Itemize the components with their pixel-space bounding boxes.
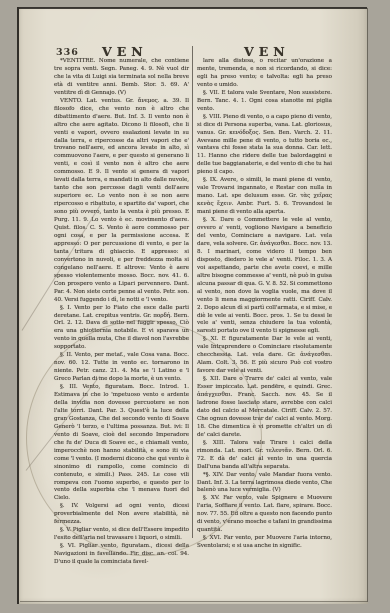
paragraph: §. XV. Far vento, vale Spignere e Muover… [197, 495, 332, 535]
paragraph: lare alla distesa, o recitar un'orazione… [197, 58, 332, 90]
scan-edge-top [19, 7, 367, 9]
scanned-book-photo: { "theme": { "paper_color": "#e2ddcf", "… [0, 0, 390, 613]
paragraph: *VENTITRE. Nome numerale, che contiene t… [54, 58, 189, 98]
running-head-left: VEN [102, 44, 148, 59]
age-stain-1 [300, 90, 340, 116]
paragraph: §. II. Vento, per metaf., vale Cosa vana… [54, 352, 189, 384]
scan-edge-right [367, 8, 368, 602]
text-column-left: *VENTITRE. Nome numerale, che contiene t… [54, 58, 189, 567]
text-block: *VENTITRE. Nome numerale, che contiene t… [54, 58, 333, 567]
paragraph: §. XVI. Far vento, per Muovere l'aria in… [197, 535, 332, 551]
paragraph: §. XII. Dare o Trarre de' calci al vento… [197, 376, 332, 440]
paragraph: §. IV. Volgersi ad ogni vento, dicesi pr… [54, 503, 189, 527]
age-stain-2 [60, 540, 140, 580]
page-header: 336 VEN VEN [54, 44, 333, 58]
text-column-right: lare alla distesa, o recitar un'orazione… [197, 58, 332, 567]
paragraph: §. VIII. Pieno di vento, o a capo pieno … [197, 114, 332, 178]
paragraph: §. X. Dare o Commettere le vele al vento… [197, 217, 332, 336]
paragraph: §. XIII. Talora vale Tirare i calci dell… [197, 440, 332, 472]
paragraph: *§. XIV. Dar vento, vale Mandar fuora ve… [197, 472, 332, 496]
scan-edge-bottom [20, 601, 367, 602]
paragraph: §. V. Pigliar vento, si dice dell'Essere… [54, 527, 189, 543]
paragraph: §. IX. Avere, o simili, le mani piene di… [197, 177, 332, 217]
page-number: 336 [56, 47, 79, 58]
paragraph: §. I. Vento per lo Fiato che esce dalle … [54, 305, 189, 353]
running-head-right: VEN [244, 44, 290, 59]
paragraph: §. XI. E figuratamente Dar le vele ai ve… [197, 336, 332, 376]
paragraph: §. III. Vento, figuratam. Bocc. Introd. … [54, 384, 189, 503]
paragraph: VENTO. Lat. ventus. Gr. ἄνεμος. a. 39. I… [54, 98, 189, 305]
scan-edge-left [17, 7, 19, 604]
